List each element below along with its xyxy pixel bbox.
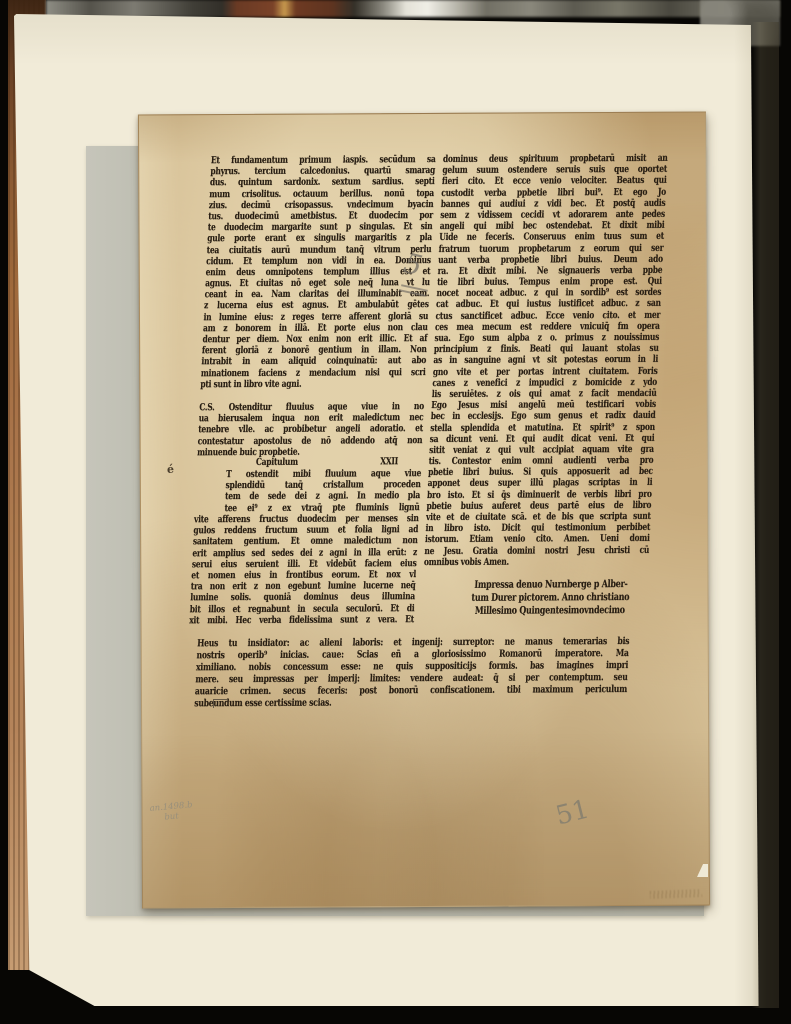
text-line: mum crisolitus. octauum berillus. nonū t… [209, 188, 434, 200]
album-page-stack-edge [752, 22, 779, 1008]
text-line: dus. quintum sardonix. sextum sardius. s… [210, 176, 435, 188]
photograph-of-incunable-leaf: Et fundamentum primum iaspis. secūdum sa… [0, 0, 791, 1024]
text-line: ctus sanctificet adbuc. Ecce venio cito.… [435, 309, 660, 321]
chapter-heading-row: Capitulum XXII [196, 456, 421, 468]
imperial-privilege-note: Heus tu insidiator: ac alieni laboris: e… [194, 636, 630, 711]
text-line: xit mibi. Hec verba fidelissima sunt z v… [189, 614, 414, 626]
text-line: bro isto. Et si q̄s diminuerit de verbis… [427, 488, 652, 500]
text-line: stella splendida et matutina. Et spirit⁹… [430, 421, 655, 433]
text-line: istorum. Etiam venio cito. Amen. Ueni do… [425, 533, 650, 545]
text-line: minationem faciens z mendacium nisi qui … [201, 367, 426, 379]
text-line: z lucerna eius est agnus. Et ambulabūt g… [204, 299, 429, 311]
colophon: Impressa denuo Nurnberge p Alber-tum Dur… [454, 578, 646, 617]
text-line: cat adbuc. Et qui iustus iustificet adbu… [436, 298, 661, 310]
text-line: tem de sede dei z agni. In medio pla [225, 490, 421, 502]
text-line: tenebre vlle. ac probibetur angeli adora… [198, 423, 423, 435]
printed-leaf: Et fundamentum primum iaspis. secūdum sa… [138, 112, 710, 909]
text-line: bec in ecclesijs. Ego sum genus et radix… [430, 410, 655, 422]
text-line: tea ciuitatis aurū mundum tanq̄ vitrum p… [206, 243, 431, 255]
corner-registration-mark [213, 699, 227, 708]
text-line: pti sunt in libro vite agni. [200, 378, 425, 390]
text-line: fieri cito. Et ecce venio velociter. Bea… [442, 175, 667, 187]
text-line: custodit verba ppbetie libri bui⁹. Et eg… [441, 186, 666, 198]
text-line: subeundum esse certissime scias. [194, 696, 627, 710]
text-line: Uide ne feceris. Conseruus enim tuus sum… [439, 231, 664, 243]
chapter-heading-label: Capitulum [256, 457, 298, 468]
background-clutter [46, 0, 780, 17]
text-line: sanitatem gentium. Et omne maledictum no… [193, 535, 418, 547]
text-line: lumine solis. quoniā dominus deus illumi… [190, 591, 415, 603]
text-line: tum Durer pictorem. Anno christiano [455, 591, 646, 605]
text-line: in lumine eius: z reges terre afferent g… [203, 311, 428, 323]
chapter-heading: Capitulum XXII [196, 456, 421, 468]
text-line: intrabit in eam aliquid coinquinatū: aut… [201, 355, 426, 367]
text-line: apponet deus super illū plagas scriptas … [427, 477, 652, 489]
text-line: gno vite et per portas intrent ciuitatem… [433, 365, 658, 377]
left-column-paragraph-3: vite afferens fructus duodecim per mense… [189, 513, 419, 626]
text-line: omnibus vobis Amen. [424, 556, 649, 568]
text-line: ne Jesu. Gratia domini nostri Jesu chris… [424, 544, 649, 556]
left-column-paragraph-1: Et fundamentum primum iaspis. secūdum sa… [200, 154, 436, 390]
chapter-heading-numeral: XXII [380, 456, 398, 467]
text-line: gule porte erant ex singulis margaritis … [207, 232, 432, 244]
text-line: tee ei⁹ z ex vtraq̄ pte fluminis lignū [224, 502, 420, 514]
text-line: fratrum tuorum propbetarum z eorum qui s… [438, 242, 663, 254]
text-line: contestatur apostolus de nō addendo atq̄… [197, 435, 422, 447]
text-line: Impressa denuo Nurnberge p Alber- [455, 578, 646, 592]
pencil-shelfmark-note: an.1498.b but [149, 800, 194, 824]
text-line: bit illos et regnabunt in secula seculor… [189, 603, 414, 615]
text-line: erit amplius sed sedes dei z agni in ill… [192, 547, 417, 559]
printed-guide-letter: é [167, 463, 174, 476]
right-column-paragraph: dominus deus spirituum propbetarū misit … [424, 153, 668, 568]
text-line: Millesimo Quingentesimovndecimo [454, 603, 645, 617]
left-column-paragraph-2: C.S. Ostenditur fluuius aque viue in nou… [197, 401, 424, 458]
text-line: as in sanguine agni vt sit potestas eoru… [433, 354, 658, 366]
left-column-paragraph-3-indented: T ostendit mibi fluuium aque viuesplendi… [224, 468, 421, 514]
